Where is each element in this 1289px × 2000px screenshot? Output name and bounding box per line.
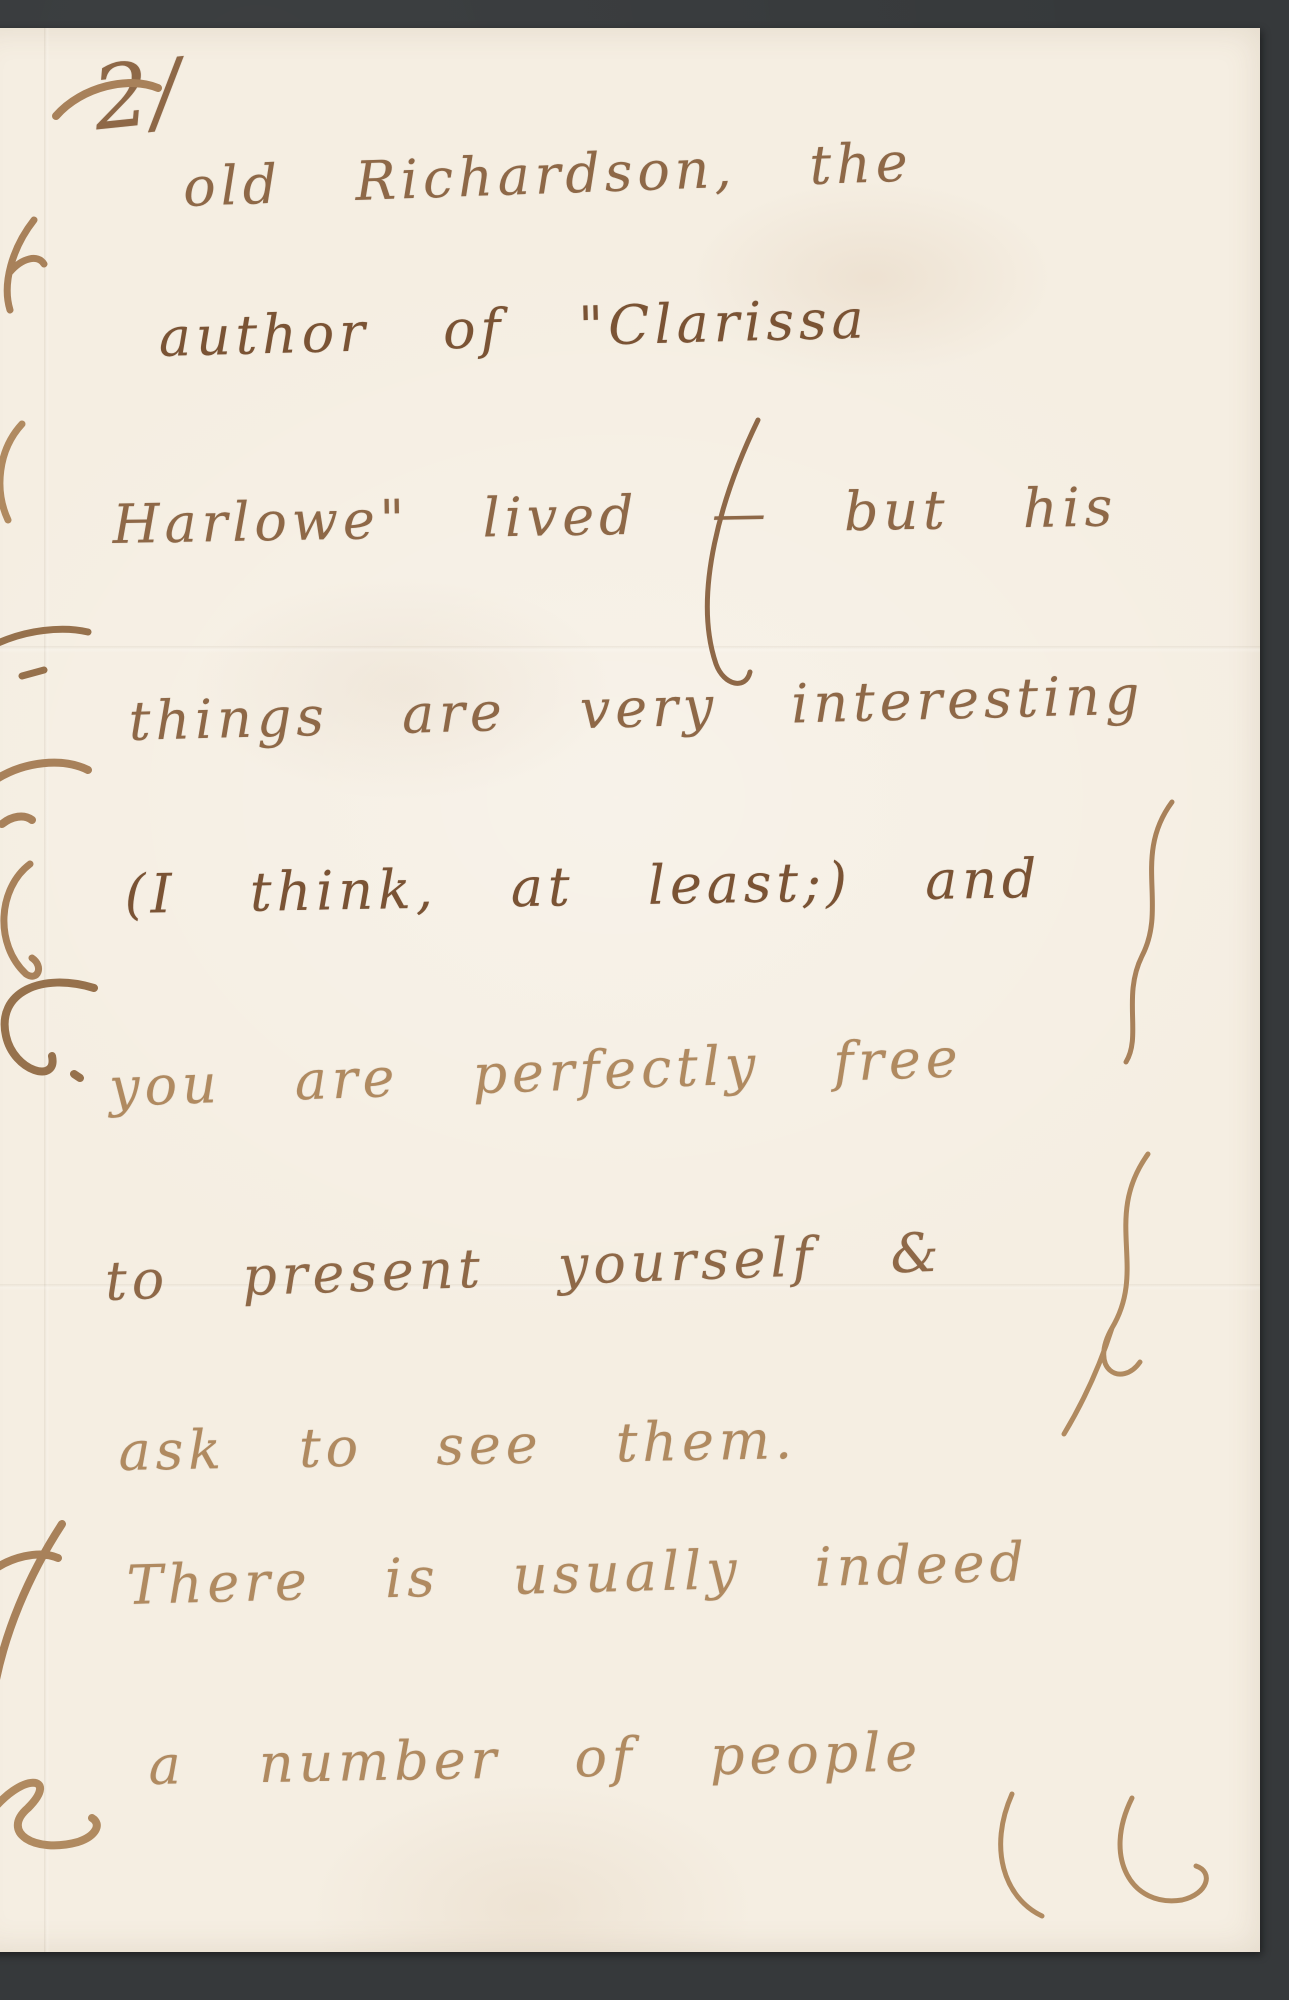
ink-flourish (1052, 1148, 1172, 1448)
handwritten-line: Harlowe" lived — but his (112, 475, 1118, 556)
ink-flourish (662, 414, 782, 714)
marginal-ink-fragment (0, 1514, 74, 1704)
handwritten-line: to present yourself & (104, 1221, 944, 1313)
ink-flourish (1102, 796, 1192, 1076)
marginal-ink-fragment (0, 858, 56, 988)
fold-crease-horizontal-upper (0, 646, 1260, 653)
marginal-ink-fragment (0, 746, 98, 856)
marginal-ink-fragment (0, 420, 38, 530)
handwritten-line: old Richardson, the (182, 131, 914, 219)
handwritten-line: author of "Clarissa (158, 287, 869, 369)
ink-flourish (982, 1788, 1222, 1948)
marginal-ink-fragment (0, 970, 112, 1100)
handwritten-line: things are very interesting (128, 663, 1145, 753)
marginal-ink-fragment (0, 1746, 112, 1876)
handwritten-line: (I think, at least;) and (124, 847, 1042, 926)
handwritten-line: you are perfectly free (108, 1026, 963, 1119)
handwritten-line: ask to see them. (118, 1408, 797, 1483)
scan-background: 2/ old Richardson, the author of "Claris… (0, 0, 1289, 2000)
handwritten-line: a number of people (148, 1721, 922, 1797)
marginal-ink-fragment (0, 614, 102, 704)
handwritten-line: There is usually indeed (126, 1530, 1030, 1617)
marginal-ink-fragment (0, 214, 54, 334)
marginal-ink-fragment (52, 72, 172, 132)
letter-page: 2/ old Richardson, the author of "Claris… (0, 28, 1260, 1952)
